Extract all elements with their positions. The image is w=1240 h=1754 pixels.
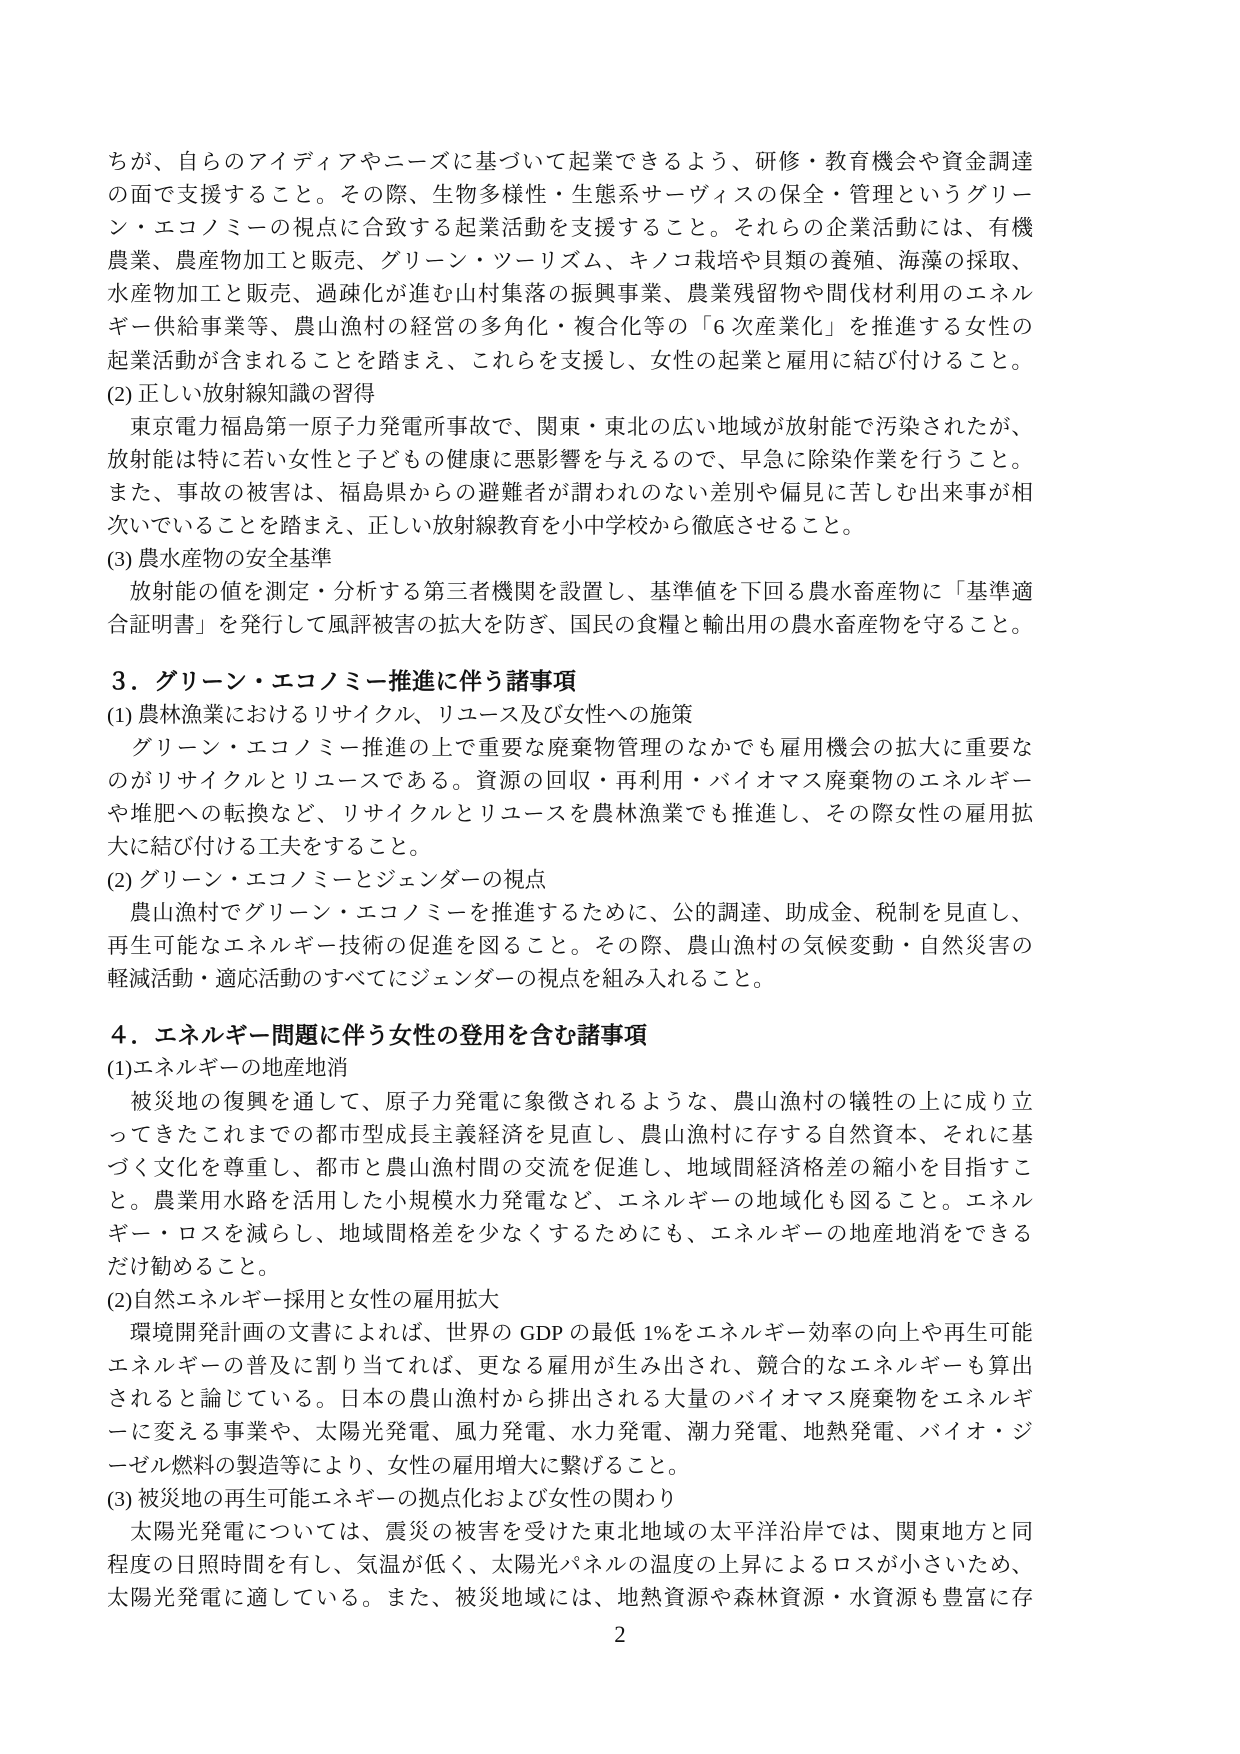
text-line: 環境開発計画の文書によれば、世界の GDP の最低 1%をエネルギー効率の向上や… [107, 1317, 1033, 1350]
text-line: づく文化を尊重し、都市と農山漁村間の交流を促進し、地域間経済格差の縮小を目指すこ [107, 1152, 1033, 1185]
text-line: 放射能の値を測定・分析する第三者機関を設置し、基準値を下回る農水畜産物に「基準適 [107, 576, 1033, 609]
text-line: グリーン・エコノミー推進の上で重要な廃棄物管理のなかでも雇用機会の拡大に重要な [107, 732, 1033, 765]
text-line: されると論じている。日本の農山漁村から排出される大量のバイオマス廃棄物をエネルギ [107, 1383, 1033, 1416]
text-line: 太陽光発電については、震災の被害を受けた東北地域の太平洋沿岸では、関東地方と同 [107, 1516, 1033, 1549]
text-line: ギー供給事業等、農山漁村の経営の多角化・複合化等の「6 次産業化」を推進する女性… [107, 311, 1033, 344]
text-line: 軽減活動・適応活動のすべてにジェンダーの視点を組み入れること。 [107, 963, 1033, 996]
section-heading: ３．グリーン・エコノミー推進に伴う諸事項 [107, 665, 1033, 698]
text-line: (3) 農水産物の安全基準 [107, 543, 1033, 576]
text-line: 水産物加工と販売、過疎化が進む山村集落の振興事業、農業残留物や間伐材利用のエネル [107, 278, 1033, 311]
text-line: ーゼル燃料の製造等により、女性の雇用増大に繋げること。 [107, 1450, 1033, 1483]
text-line: 農業、農産物加工と販売、グリーン・ツーリズム、キノコ栽培や貝類の養殖、海藻の採取… [107, 245, 1033, 278]
text-line: 大に結び付ける工夫をすること。 [107, 831, 1033, 864]
text-line: ってきたこれまでの都市型成長主義経済を見直し、農山漁村に存する自然資本、それに基 [107, 1119, 1033, 1152]
text-line: (3) 被災地の再生可能エネギーの拠点化および女性の関わり [107, 1483, 1033, 1516]
text-line: 合証明書」を発行して風評被害の拡大を防ぎ、国民の食糧と輸出用の農水畜産物を守るこ… [107, 609, 1033, 642]
text-line: のがリサイクルとリユースである。資源の回収・再利用・バイオマス廃棄物のエネルギー [107, 765, 1033, 798]
document-page: ちが、自らのアイディアやニーズに基づいて起業できるよう、研修・教育機会や資金調達… [0, 0, 1240, 1754]
text-line: や堆肥への転換など、リサイクルとリユースを農林漁業でも推進し、その際女性の雇用拡 [107, 798, 1033, 831]
text-line: また、事故の被害は、福島県からの避難者が謂われのない差別や偏見に苦しむ出来事が相 [107, 477, 1033, 510]
text-line: ーに変える事業や、太陽光発電、風力発電、水力発電、潮力発電、地熱発電、バイオ・ジ [107, 1416, 1033, 1449]
text-line: 再生可能なエネルギー技術の促進を図ること。その際、農山漁村の気候変動・自然災害の [107, 930, 1033, 963]
text-line: 程度の日照時間を有し、気温が低く、太陽光パネルの温度の上昇によるロスが小さいため… [107, 1549, 1033, 1582]
text-line: (1) 農林漁業におけるリサイクル、リユース及び女性への施策 [107, 699, 1033, 732]
section-heading: ４．エネルギー問題に伴う女性の登用を含む諸事項 [107, 1019, 1033, 1052]
text-line: 被災地の復興を通して、原子力発電に象徴されるような、農山漁村の犠牲の上に成り立 [107, 1086, 1033, 1119]
page-number: 2 [0, 1622, 1240, 1648]
text-line: ン・エコノミーの視点に合致する起業活動を支援すること。それらの企業活動には、有機 [107, 212, 1033, 245]
text-line: ちが、自らのアイディアやニーズに基づいて起業できるよう、研修・教育機会や資金調達 [107, 146, 1033, 179]
text-line: (1)エネルギーの地産地消 [107, 1052, 1033, 1085]
text-line: の面で支援すること。その際、生物多様性・生態系サーヴィスの保全・管理というグリー [107, 179, 1033, 212]
text-line: だけ勧めること。 [107, 1251, 1033, 1284]
section-gap [107, 996, 1033, 1019]
text-line: ギー・ロスを減らし、地域間格差を少なくするためにも、エネルギーの地産地消をできる [107, 1218, 1033, 1251]
text-line: 太陽光発電に適している。また、被災地域には、地熱資源や森林資源・水資源も豊富に存 [107, 1582, 1033, 1615]
document-content: ちが、自らのアイディアやニーズに基づいて起業できるよう、研修・教育機会や資金調達… [107, 146, 1033, 1615]
text-line: 放射能は特に若い女性と子どもの健康に悪影響を与えるので、早急に除染作業を行うこと… [107, 444, 1033, 477]
section-gap [107, 642, 1033, 665]
text-line: 東京電力福島第一原子力発電所事故で、関東・東北の広い地域が放射能で汚染されたが、 [107, 411, 1033, 444]
text-line: エネルギーの普及に割り当てれば、更なる雇用が生み出され、競合的なエネルギーも算出 [107, 1350, 1033, 1383]
text-line: 起業活動が含まれることを踏まえ、これらを支援し、女性の起業と雇用に結び付けること… [107, 345, 1033, 378]
text-line: と。農業用水路を活用した小規模水力発電など、エネルギーの地域化も図ること。エネル [107, 1185, 1033, 1218]
text-line: 農山漁村でグリーン・エコノミーを推進するために、公的調達、助成金、税制を見直し、 [107, 897, 1033, 930]
text-line: (2) グリーン・エコノミーとジェンダーの視点 [107, 864, 1033, 897]
text-line: (2) 正しい放射線知識の習得 [107, 378, 1033, 411]
text-line: (2)自然エネルギー採用と女性の雇用拡大 [107, 1284, 1033, 1317]
text-line: 次いでいることを踏まえ、正しい放射線教育を小中学校から徹底させること。 [107, 510, 1033, 543]
